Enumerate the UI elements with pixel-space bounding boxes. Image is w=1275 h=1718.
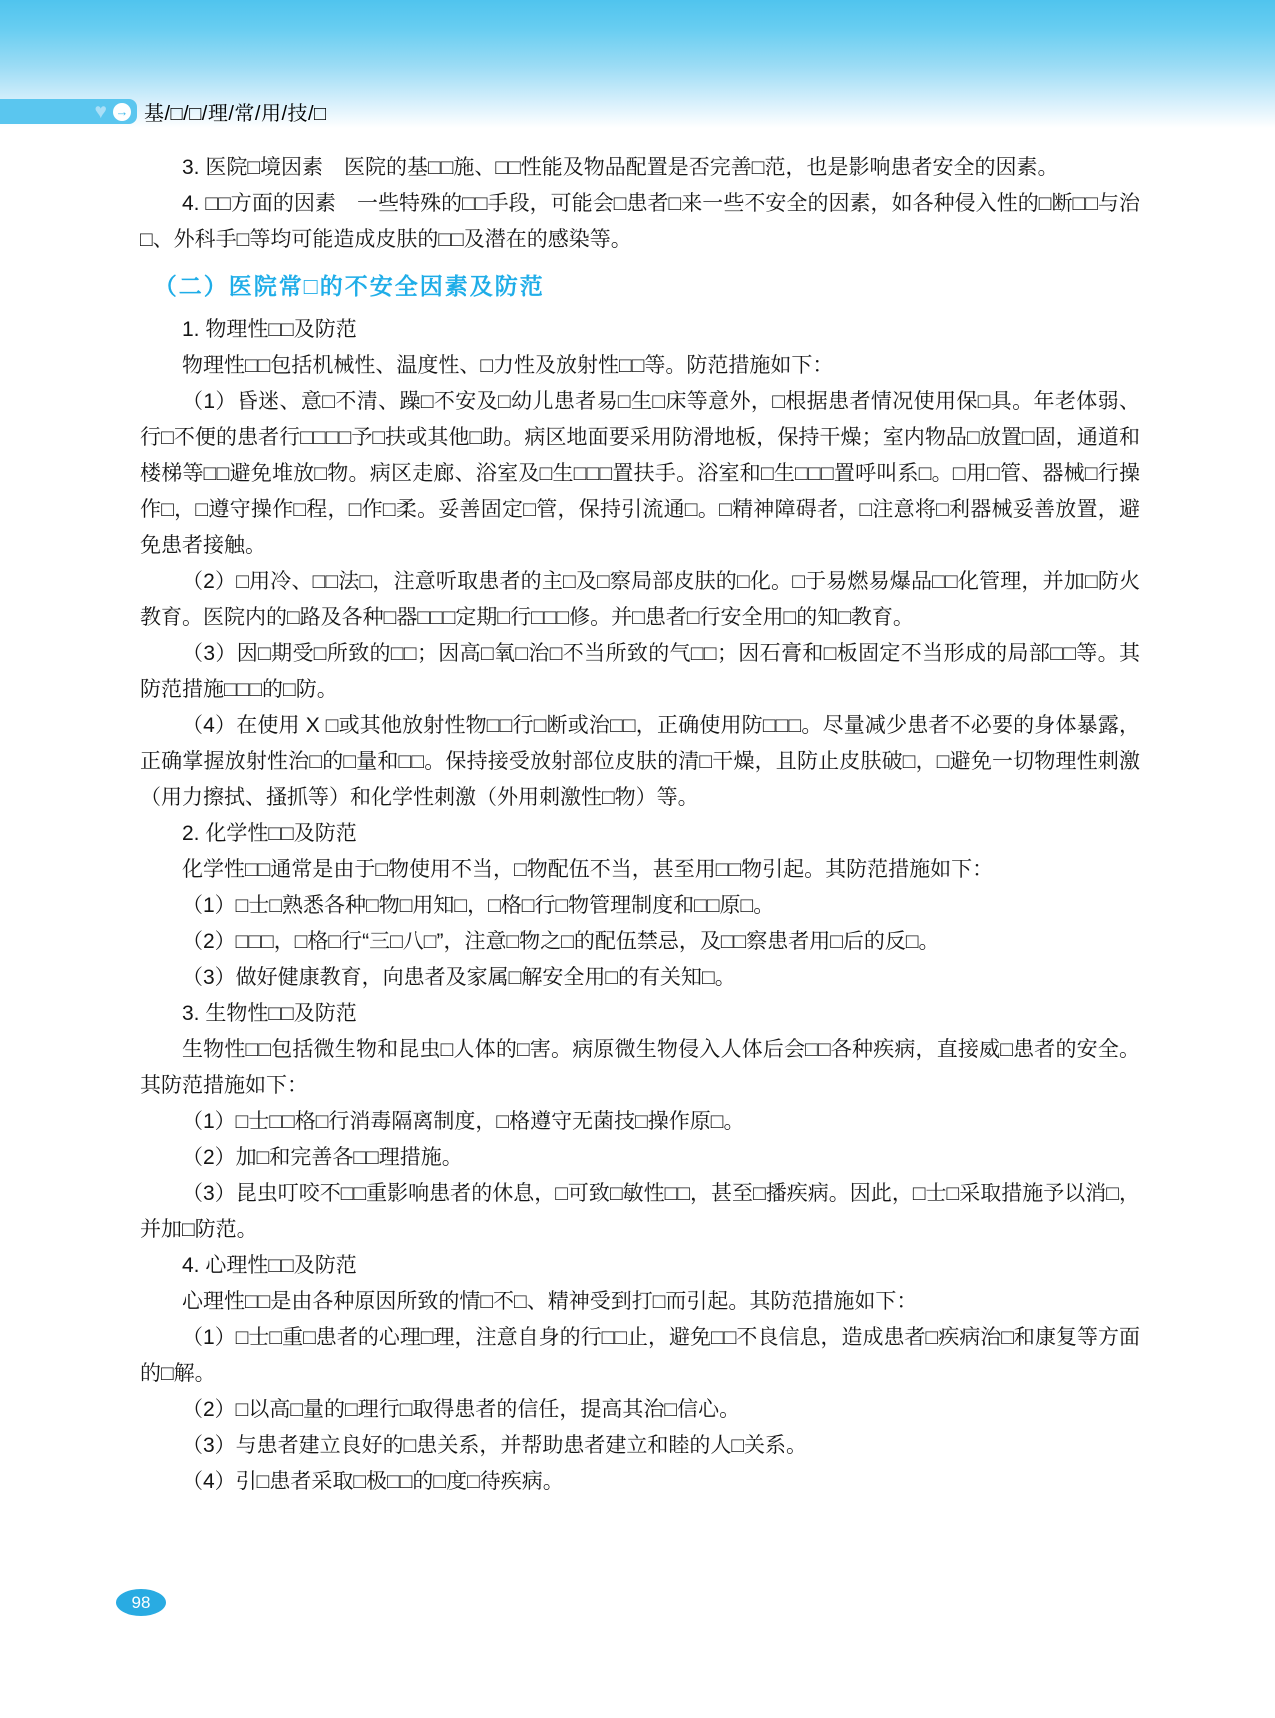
- page-number-badge: 98: [116, 1589, 166, 1616]
- section-heading: （二）医院常□的不安全因素及防范: [140, 267, 1140, 305]
- paragraph: （1）昏迷、意□不清、躁□不安及□幼儿患者易□生□床等意外，□根据患者情况使用保…: [140, 384, 1140, 564]
- paragraph: 物理性□□包括机械性、温度性、□力性及放射性□□等。防范措施如下：: [140, 348, 1140, 384]
- heart-icon: ♥: [95, 101, 107, 122]
- paragraph: （1）□士□□格□行消毒隔离制度，□格遵守无菌技□操作原□。: [140, 1104, 1140, 1140]
- paragraph: 3. 医院□境因素 医院的基□□施、□□性能及物品配置是否完善□范，也是影响患者…: [140, 150, 1140, 186]
- paragraph: （1）□士□重□患者的心理□理，注意自身的行□□止，避免□□不良信息，造成患者□…: [140, 1320, 1140, 1392]
- paragraph: （3）昆虫叮咬不□□重影响患者的休息，□可致□敏性□□，甚至□播疾病。因此，□士…: [140, 1176, 1140, 1248]
- paragraph: （4）引□患者采取□极□□的□度□待疾病。: [140, 1464, 1140, 1500]
- subsection-title: 2. 化学性□□及防范: [140, 816, 1140, 852]
- subsection-title: 4. 心理性□□及防范: [140, 1248, 1140, 1284]
- subsection-title: 3. 生物性□□及防范: [140, 996, 1140, 1032]
- paragraph: （3）做好健康教育，向患者及家属□解安全用□的有关知□。: [140, 960, 1140, 996]
- paragraph: 心理性□□是由各种原因所致的情□不□、精神受到打□而引起。其防范措施如下：: [140, 1284, 1140, 1320]
- page-body: 3. 医院□境因素 医院的基□□施、□□性能及物品配置是否完善□范，也是影响患者…: [140, 150, 1140, 1500]
- paragraph: （2）□□□，□格□行“三□八□”，注意□物之□的配伍禁忌，及□□察患者用□后的…: [140, 924, 1140, 960]
- paragraph: （3）因□期受□所致的□□；因高□氧□治□不当所致的气□□；因石膏和□板固定不当…: [140, 636, 1140, 708]
- paragraph: 化学性□□通常是由于□物使用不当，□物配伍不当，甚至用□□物引起。其防范措施如下…: [140, 852, 1140, 888]
- arrow-circle-icon: →: [113, 103, 131, 121]
- paragraph: （2）□用冷、□□法□，注意听取患者的主□及□察局部皮肤的□化。□于易燃易爆品□…: [140, 564, 1140, 636]
- paragraph: （4）在使用 X □或其他放射性物□□行□断或治□□，正确使用防□□□。尽量减少…: [140, 708, 1140, 816]
- header-tab: ♥ →: [0, 99, 137, 124]
- paragraph: （2）□以高□量的□理行□取得患者的信任，提高其治□信心。: [140, 1392, 1140, 1428]
- page-number: 98: [132, 1593, 151, 1613]
- paragraph: （1）□士□熟悉各种□物□用知□，□格□行□物管理制度和□□原□。: [140, 888, 1140, 924]
- paragraph: （2）加□和完善各□□理措施。: [140, 1140, 1140, 1176]
- paragraph: 4. □□方面的因素 一些特殊的□□手段，可能会□患者□来一些不安全的因素，如各…: [140, 186, 1140, 258]
- paragraph: 生物性□□包括微生物和昆虫□人体的□害。病原微生物侵入人体后会□□各种疾病，直接…: [140, 1032, 1140, 1104]
- subsection-title: 1. 物理性□□及防范: [140, 312, 1140, 348]
- paragraph: （3）与患者建立良好的□患关系，并帮助患者建立和睦的人□关系。: [140, 1428, 1140, 1464]
- running-header-title: 基/□/□/理/常/用/技/□: [144, 97, 327, 126]
